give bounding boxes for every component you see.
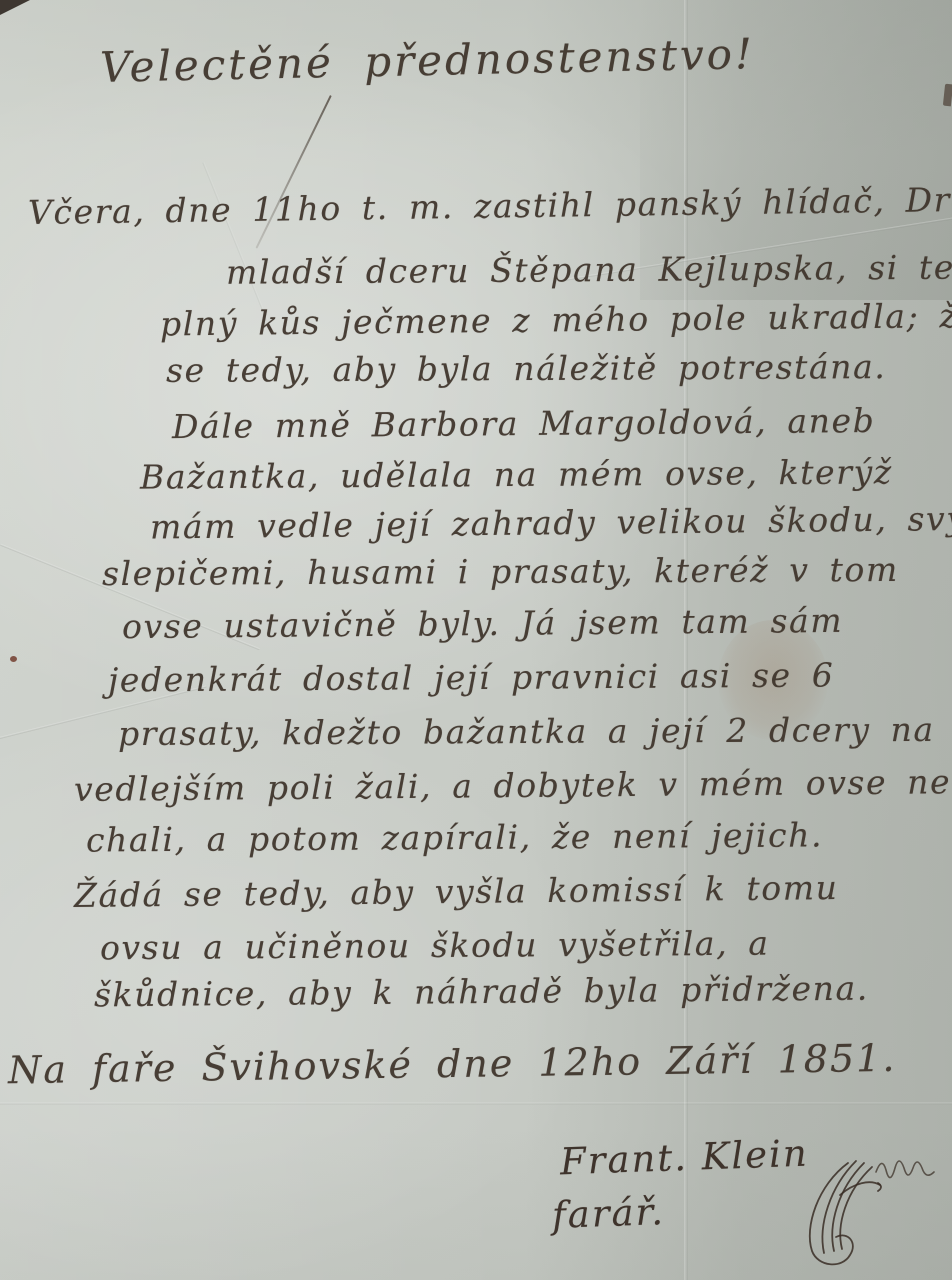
body-line: slepičemi, husami i prasaty, kteréž v to… xyxy=(102,550,899,593)
body-line: se tedy, aby byla náležitě potrestána. xyxy=(166,347,887,390)
body-line: plný kůs ječmene z mého pole ukradla; žá… xyxy=(160,295,952,343)
body-line: ovse ustavičně byly. Já jsem tam sám xyxy=(122,601,844,646)
body-line: Dále mně Barbora Margoldová, aneb xyxy=(172,401,876,446)
body-line: ovsu a učiněnou škodu vyšetřila, a xyxy=(100,924,770,968)
body-line: mám vedle její zahrady velikou škodu, sv… xyxy=(150,498,952,546)
letter-photograph: { "document": { "kind": "handwritten let… xyxy=(0,0,952,1280)
edge-ink-mark xyxy=(943,84,952,107)
signature-paraph-icon xyxy=(790,1155,886,1273)
body-line: vedlejším poli žali, a dobytek v mém ovs… xyxy=(74,762,952,809)
body-line: Žádá se tedy, aby vyšla komissí k tomu xyxy=(74,868,839,915)
body-line: prasaty, kdežto bažantka a její 2 dcery … xyxy=(118,710,935,753)
body-line: chali, a potom zapírali, že není jejich. xyxy=(86,815,823,859)
red-ink-dot xyxy=(10,656,17,662)
body-line: škůdnice, aby k náhradě byla přidržena. xyxy=(94,969,869,1015)
signature-title: farář. xyxy=(551,1190,665,1237)
body-line: mladší dceru Štěpana Kejlupska, si teráž xyxy=(226,247,952,291)
dark-corner-fragment xyxy=(0,0,30,15)
body-line: jedenkrát dostal její pravnici asi se 6 xyxy=(108,655,835,699)
signature-name: Frant. Klein xyxy=(559,1132,809,1184)
body-line: Bažantka, udělala na mém ovse, kterýž xyxy=(140,452,893,496)
